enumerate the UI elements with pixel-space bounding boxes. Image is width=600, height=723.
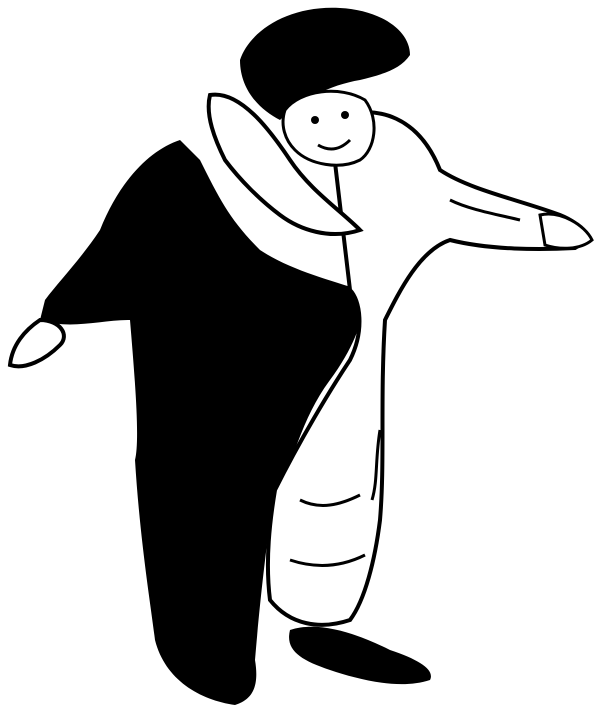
shoe [289, 627, 431, 684]
right-hand [540, 214, 592, 248]
face [283, 91, 374, 165]
clown-drawing [0, 0, 600, 723]
eye-left [311, 116, 319, 124]
eye-right [341, 111, 349, 119]
left-hand [10, 320, 64, 366]
illustration [0, 0, 600, 723]
